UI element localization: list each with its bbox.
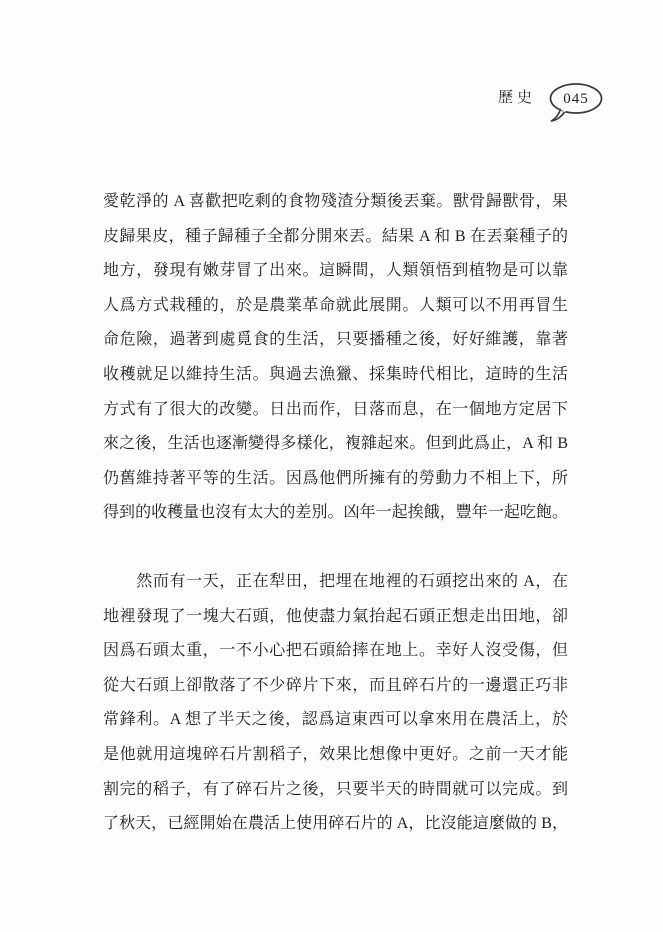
text-line: 命危險，過著到處覓食的生活，只要播種之後，好好維護，靠著 bbox=[103, 323, 568, 358]
text-line: 因爲石頭太重，一不小心把石頭給摔在地上。幸好人沒受傷，但 bbox=[103, 634, 568, 669]
paragraph-2: 然而有一天，正在犁田，把埋在地裡的石頭挖出來的 A，在 地裡發現了一塊大石頭，他… bbox=[103, 565, 568, 842]
paragraph-1: 愛乾淨的 A 喜歡把吃剩的食物殘渣分類後丟棄。獸骨歸獸骨，果 皮歸果皮，種子歸種… bbox=[103, 185, 568, 531]
text-line: 方式有了很大的改變。日出而作，日落而息，在一個地方定居下 bbox=[103, 393, 568, 428]
text-line: 人爲方式栽種的，於是農業革命就此展開。人類可以不用再冒生 bbox=[103, 289, 568, 324]
text-line: 割完的稻子，有了碎石片之後，只要半天的時間就可以完成。到 bbox=[103, 773, 568, 808]
text-line: 來之後，生活也逐漸變得多樣化，複雜起來。但到此爲止，A 和 B bbox=[103, 427, 568, 462]
book-page: 歷史 045 愛乾淨的 A 喜歡把吃剩的食物殘渣分類後丟棄。獸骨歸獸骨，果 皮歸… bbox=[0, 0, 663, 932]
text-line: 皮歸果皮，種子歸種子全都分開來丟。結果 A 和 B 在丟棄種子的 bbox=[103, 220, 568, 255]
text-line: 是他就用這塊碎石片割稻子，效果比想像中更好。之前一天才能 bbox=[103, 738, 568, 773]
text-line: 得到的收穫量也沒有太大的差別。凶年一起挨餓，豐年一起吃飽。 bbox=[103, 496, 568, 531]
text-line: 收穫就足以維持生活。與過去漁獵、採集時代相比，這時的生活 bbox=[103, 358, 568, 393]
text-line: 愛乾淨的 A 喜歡把吃剩的食物殘渣分類後丟棄。獸骨歸獸骨，果 bbox=[103, 185, 568, 220]
section-label: 歷史 bbox=[498, 82, 536, 115]
body-text: 愛乾淨的 A 喜歡把吃剩的食物殘渣分類後丟棄。獸骨歸獸骨，果 皮歸果皮，種子歸種… bbox=[103, 185, 568, 842]
text-line: 從大石頭上卻散落了不少碎片下來，而且碎石片的一邊還正巧非 bbox=[103, 669, 568, 704]
page-header: 歷史 045 bbox=[498, 82, 603, 122]
text-line: 地裡發現了一塊大石頭，他使盡力氣抬起石頭正想走出田地，卻 bbox=[103, 600, 568, 635]
text-line: 仍舊維持著平等的生活。因爲他們所擁有的勞動力不相上下，所 bbox=[103, 462, 568, 497]
text-line: 然而有一天，正在犁田，把埋在地裡的石頭挖出來的 A，在 bbox=[103, 565, 568, 600]
text-line: 了秋天，已經開始在農活上使用碎石片的 A，比沒能這麼做的 B， bbox=[103, 807, 568, 842]
page-number-bubble: 045 bbox=[547, 82, 603, 122]
text-line: 地方，發現有嫩芽冒了出來。這瞬間，人類領悟到植物是可以靠 bbox=[103, 254, 568, 289]
text-line: 常鋒利。A 想了半天之後，認爲這東西可以拿來用在農活上，於 bbox=[103, 703, 568, 738]
page-number: 045 bbox=[550, 83, 602, 115]
